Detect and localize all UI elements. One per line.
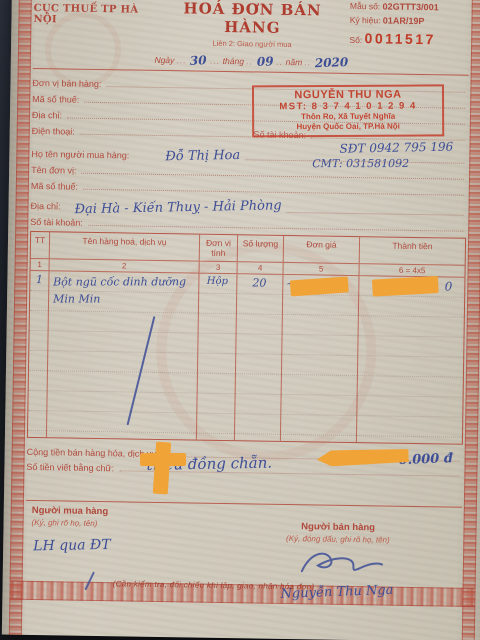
seller-stamp: NGUYỄN THU NGA MST: 8 3 7 4 1 0 1 2 9 4 … <box>252 84 444 137</box>
col-header-tt: TT <box>31 232 49 260</box>
form-number-label: Mẫu số: <box>350 1 380 11</box>
dotted-leader: ... <box>210 56 220 66</box>
handwritten-month: 09 <box>256 54 273 69</box>
row-index-value: 1 <box>28 271 49 437</box>
handwritten-buyer-id: CMT: 031581092 <box>312 157 409 170</box>
date-month-label: tháng <box>223 56 244 66</box>
invoice-header: CỤC THUẾ TP HÀ NỘI HOÁ ĐƠN BÁN HÀNG Liên… <box>33 0 470 71</box>
stamp-address-2: Huyện Quốc Oai, TP.Hà Nội <box>257 122 439 133</box>
col-header-amount: Thành tiền <box>359 237 465 266</box>
row-quantity-value: 20 <box>234 275 283 442</box>
row-unit-price-cell: ~ <box>280 275 359 442</box>
dotted-leader <box>287 201 464 216</box>
row-unit-value: Hộp <box>196 274 237 441</box>
handwritten-buyer-note: LH qua ĐT <box>33 537 111 554</box>
table-body: 1 Bột ngũ cốc dinh dưỡng Min Min Hộp 20 … <box>28 271 465 444</box>
handwritten-day: 30 <box>190 53 207 68</box>
redaction-marker <box>153 442 172 495</box>
redaction-marker <box>290 277 349 297</box>
buyer-signature-title: Người mua hàng <box>32 505 215 519</box>
stamp-name: NGUYỄN THU NGA <box>257 88 439 101</box>
amount-visible-digit: 0 <box>445 280 453 294</box>
seller-signature-subtitle: (Ký, đóng dấu, ghi rõ họ, tên) <box>214 533 461 546</box>
seller-address-label: Địa chỉ: <box>32 110 62 120</box>
total-amount-label: Cộng tiền bán hàng hóa, dịch vụ: <box>27 447 159 459</box>
row-goods-name: Bột ngũ cốc dinh dưỡng Min Min <box>47 273 197 439</box>
buyer-unit-label: Tên đơn vị: <box>31 165 77 176</box>
handwritten-buyer-name: Đỗ Thị Hoa <box>165 148 240 164</box>
seller-taxcode-label: Mã số thuế: <box>32 94 79 105</box>
seller-phone-label: Điện thoại: <box>32 126 75 137</box>
dotted-leader: ... <box>177 55 187 65</box>
invoice-paper: CỤC THUẾ TP HÀ NỘI HOÁ ĐƠN BÁN HÀNG Liên… <box>2 0 480 640</box>
form-number-value: 02GTTT3/001 <box>383 1 439 12</box>
index-cell: 3 <box>199 262 237 275</box>
stamp-tax-id: MST: 8 3 7 4 1 0 1 2 9 4 <box>257 100 439 112</box>
date-prefix-label: Ngày <box>154 55 174 65</box>
dotted-leader: .. <box>246 56 253 66</box>
amount-in-words-label: Số tiền viết bằng chữ: <box>26 462 114 473</box>
buyer-name-label: Họ tên người mua hàng: <box>31 149 129 161</box>
invoice-title: HOÁ ĐƠN BÁN HÀNG <box>155 0 350 38</box>
dotted-leader <box>80 123 251 138</box>
invoice-number-line: Số: 0011517 <box>349 28 469 52</box>
col-header-price: Đơn giá <box>283 236 359 265</box>
redaction-marker <box>372 276 439 297</box>
invoice-content: CỤC THUẾ TP HÀ NỘI HOÁ ĐƠN BÁN HÀNG Liên… <box>24 0 470 608</box>
buyer-address-label: Địa chỉ: <box>30 201 60 211</box>
col-header-name: Tên hàng hoá, dịch vụ <box>49 232 199 262</box>
dotted-leader <box>88 214 464 232</box>
invoice-number-value: 0011517 <box>364 30 435 47</box>
copy-line: Liên 2: Giao người mua <box>155 38 350 50</box>
col-header-qty: Số lượng <box>237 235 283 263</box>
header-right-block: Mẫu số: 02GTTT3/001 Ký hiệu: 01AR/19P Số… <box>349 0 470 51</box>
seller-unit-label: Đơn vị bán hàng: <box>32 78 101 89</box>
buyer-account-label: Số tài khoản: <box>30 217 83 228</box>
seller-section: Đơn vị bán hàng: Mã số thuế: Địa chỉ: Đi… <box>32 72 469 143</box>
goods-table: TT Tên hàng hoá, dịch vụ Đơn vị tính Số … <box>27 231 466 445</box>
seller-signature-scribble <box>214 546 461 585</box>
table-row: 1 Bột ngũ cốc dinh dưỡng Min Min Hộp 20 … <box>28 271 465 444</box>
tax-office-name: CỤC THUẾ TP HÀ NỘI <box>33 0 155 27</box>
col-header-unit: Đơn vị tính <box>199 235 237 263</box>
serial-value: 01AR/19P <box>383 15 425 26</box>
dotted-leader: .. <box>276 57 283 67</box>
date-year-label: năm <box>286 57 303 67</box>
serial-label: Ký hiệu: <box>350 15 381 25</box>
handwritten-year: 2020 <box>314 55 348 70</box>
date-line: Ngày ... 30 ... tháng .. 09 .. năm .. 20… <box>154 52 349 69</box>
header-center: HOÁ ĐƠN BÁN HÀNG Liên 2: Giao người mua … <box>154 0 350 69</box>
row-amount-cell: 0 <box>356 276 465 444</box>
buyer-taxcode-label: Mã số thuế: <box>31 181 78 192</box>
handwritten-buyer-phone: SĐT 0942 795 196 <box>340 140 454 156</box>
index-cell: 1 <box>31 259 49 271</box>
buyer-signature-subtitle: (Ký, ghi rõ họ, tên) <box>32 518 215 530</box>
seller-signature-block: Người bán hàng (Ký, đóng dấu, ghi rõ họ,… <box>213 508 461 608</box>
buyer-section: Họ tên người mua hàng: Đỗ Thị Hoa SĐT 09… <box>30 139 467 234</box>
index-cell: 4 <box>237 263 283 276</box>
invoice-number-label: Số: <box>349 35 362 45</box>
dotted-leader: .. <box>304 57 311 67</box>
totals-section: Cộng tiền bán hàng hóa, dịch vụ: Số tiền… <box>26 438 463 508</box>
